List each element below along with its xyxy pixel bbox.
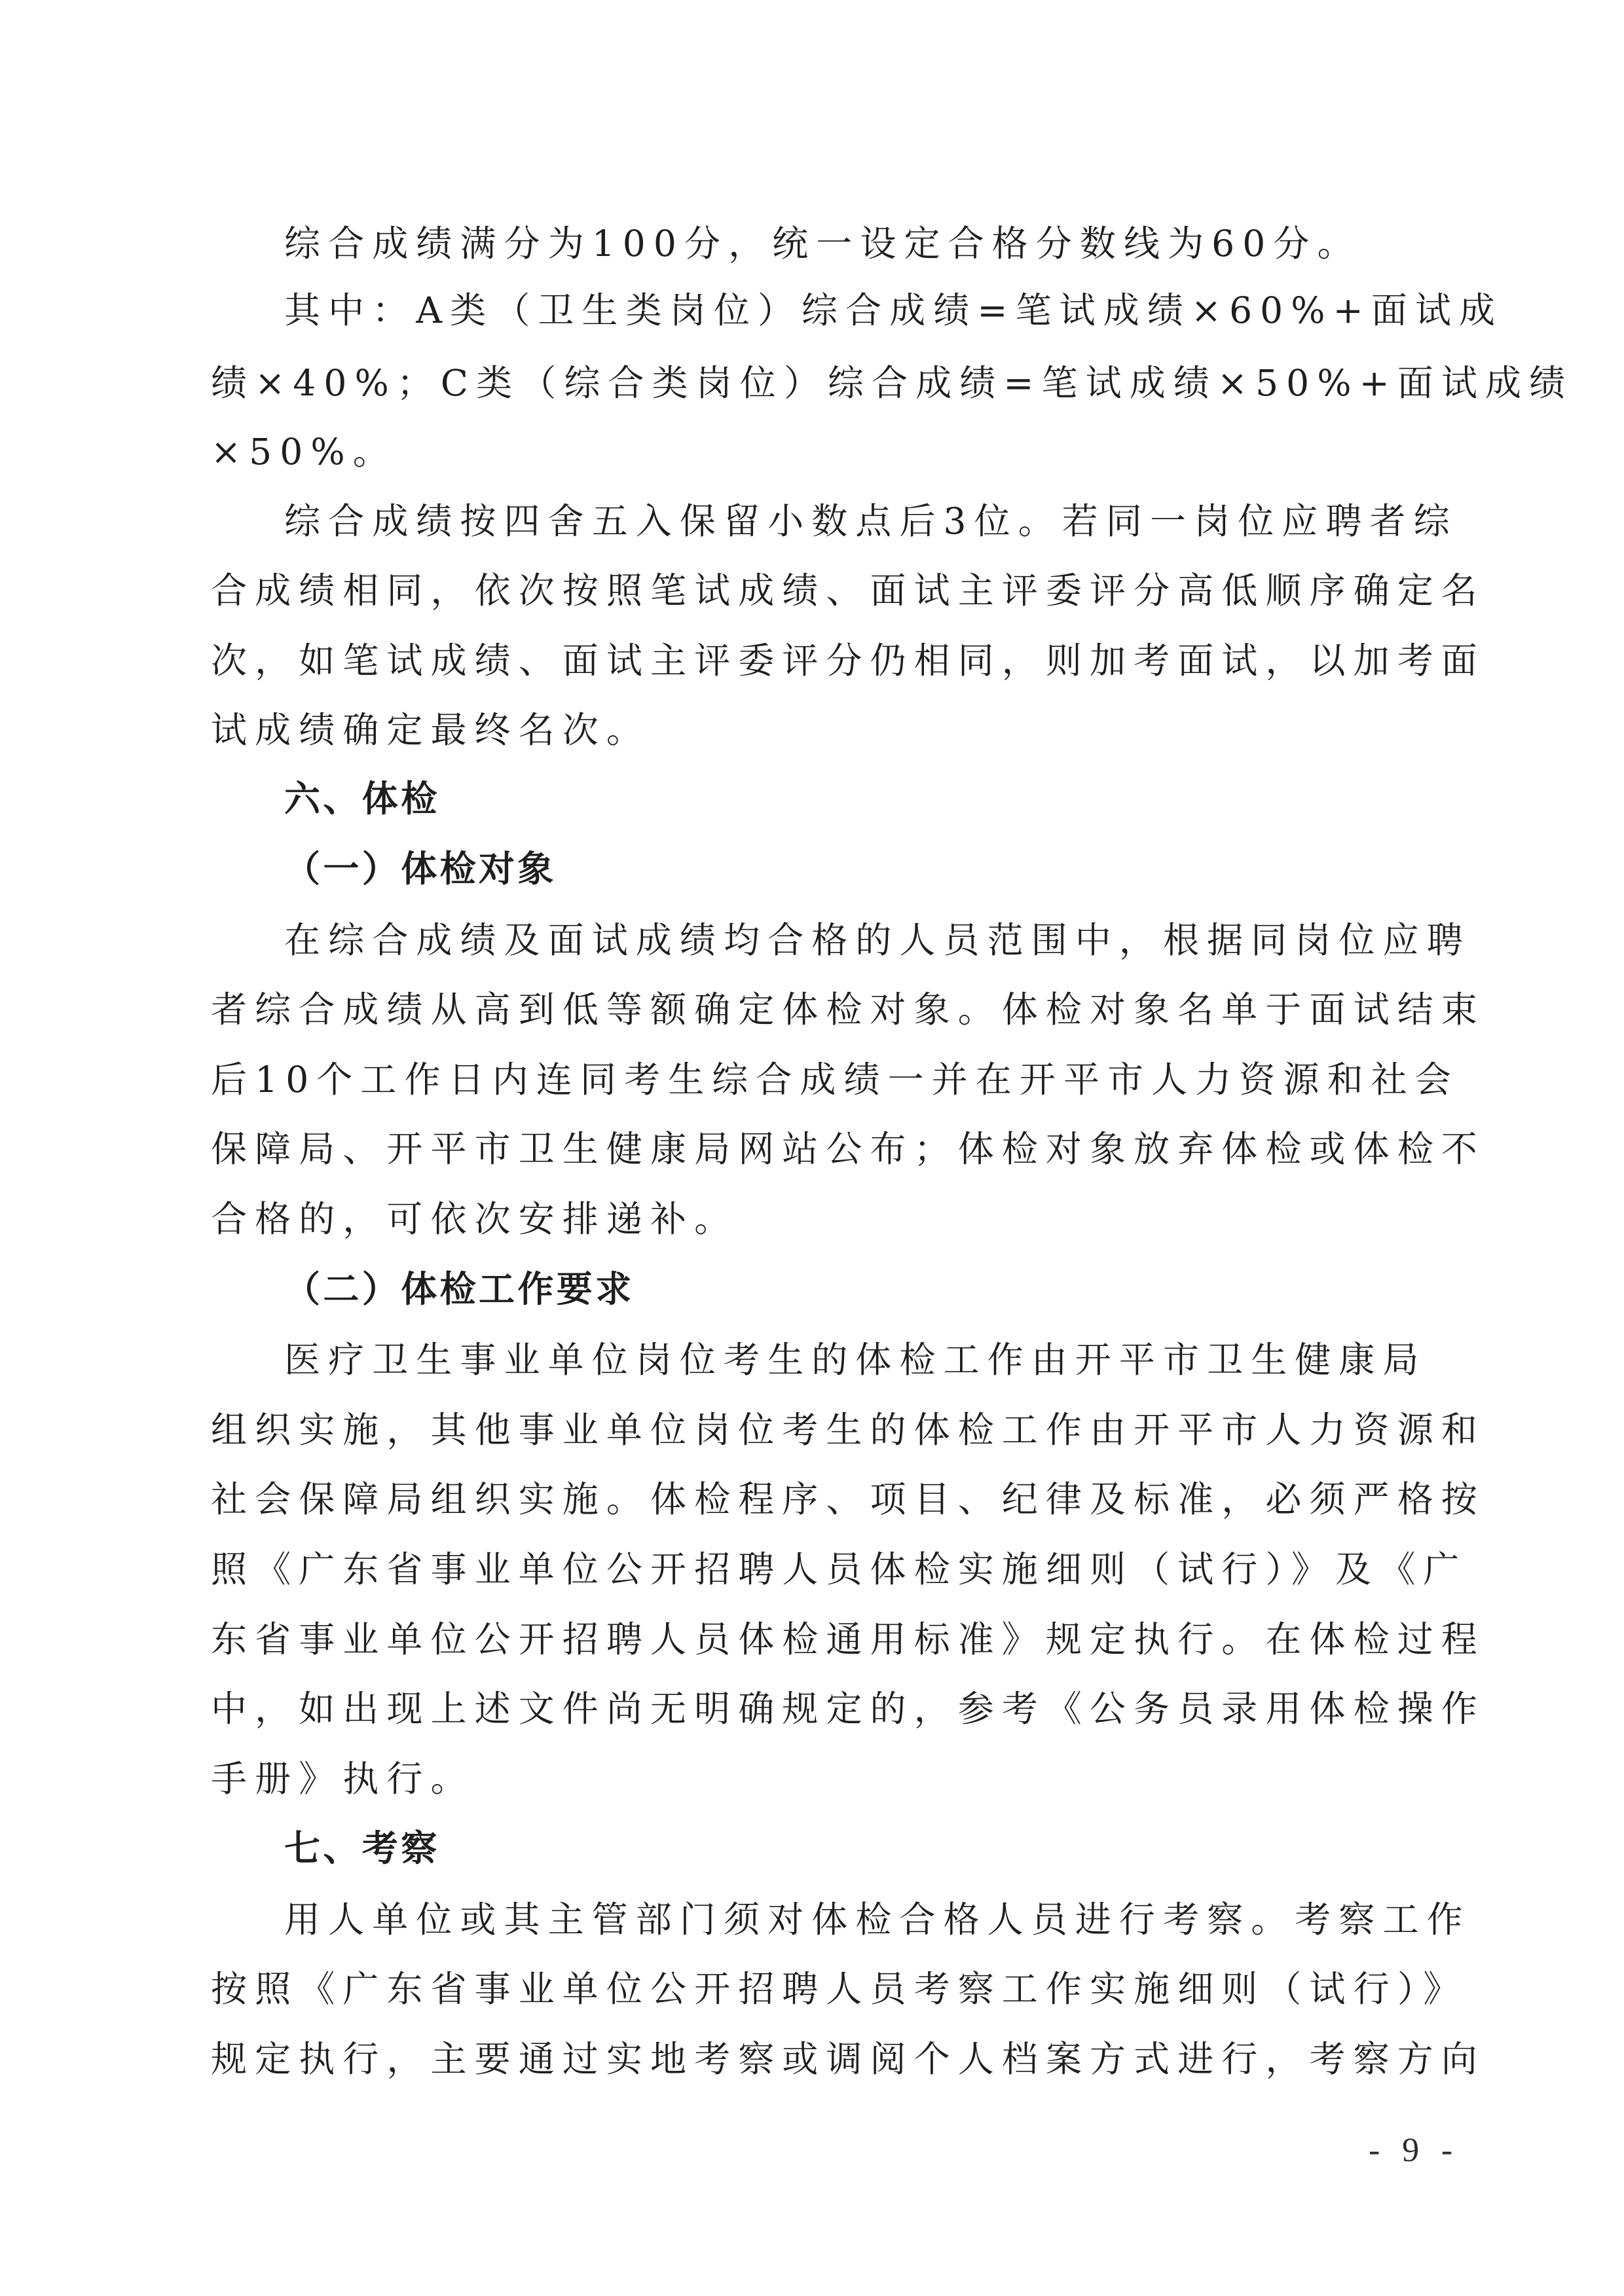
paragraph-line: 在综合成绩及面试成绩均合格的人员范围中，根据同岗位应聘 <box>284 907 1471 973</box>
subheading-exam-subjects: （一）体检对象 <box>284 836 557 902</box>
paragraph-line: 规定执行，主要通过实地考察或调阅个人档案方式进行，考察方向 <box>211 2026 1485 2092</box>
paragraph-line: 中，如出现上述文件尚无明确规定的，参考《公务员录用体检操作 <box>211 1676 1485 1741</box>
paragraph-line: 综合成绩按四舍五入保留小数点后3位。若同一岗位应聘者综 <box>284 488 1458 554</box>
paragraph-line: 医疗卫生事业单位岗位考生的体检工作由开平市卫生健康局 <box>284 1327 1427 1393</box>
section-heading-physical-exam: 六、体检 <box>284 766 440 831</box>
paragraph-line: 保障局、开平市卫生健康局网站公布；体检对象放弃体检或体检不 <box>211 1116 1485 1182</box>
paragraph-line: ×50%。 <box>211 419 397 484</box>
paragraph-line: 用人单位或其主管部门须对体检合格人员进行考察。考察工作 <box>284 1887 1471 1952</box>
page-number: - 9 - <box>1369 2131 1460 2170</box>
paragraph-line: 按照《广东省事业单位公开招聘人员考察工作实施细则（试行）》 <box>211 1956 1467 2022</box>
paragraph-line: 次，如笔试成绩、面试主评委评分仍相同，则加考面试，以加考面 <box>211 628 1485 693</box>
paragraph-line: 照《广东省事业单位公开招聘人员体检实施细则（试行）》及《广 <box>211 1537 1467 1602</box>
paragraph-line: 绩×40%；C类（综合类岗位）综合成绩=笔试成绩×50%+面试成绩 <box>211 350 1573 416</box>
section-heading-inspection: 七、考察 <box>284 1815 440 1881</box>
paragraph-line: 综合成绩满分为100分，统一设定合格分数线为60分。 <box>284 211 1361 276</box>
subheading-exam-requirements: （二）体检工作要求 <box>284 1256 635 1322</box>
paragraph-line: 组织实施，其他事业单位岗位考生的体检工作由开平市人力资源和 <box>211 1397 1485 1463</box>
paragraph-line: 者综合成绩从高到低等额确定体检对象。体检对象名单于面试结束 <box>211 977 1485 1042</box>
paragraph-line: 后10个工作日内连同考生综合成绩一并在开平市人力资源和社会 <box>211 1047 1459 1112</box>
paragraph-line: 社会保障局组织实施。体检程序、项目、纪律及标准，必须严格按 <box>211 1467 1485 1532</box>
paragraph-line: 试成绩确定最终名次。 <box>211 697 650 763</box>
paragraph-line: 手册》执行。 <box>211 1746 475 1812</box>
paragraph-line: 合成绩相同，依次按照笔试成绩、面试主评委评分高低顺序确定名 <box>211 558 1485 623</box>
paragraph-line: 合格的，可依次安排递补。 <box>211 1186 738 1252</box>
paragraph-line: 其中：A类（卫生类岗位）综合成绩=笔试成绩×60%+面试成 <box>284 278 1503 343</box>
paragraph-line: 东省事业单位公开招聘人员体检通用标准》规定执行。在体检过程 <box>211 1607 1485 1672</box>
